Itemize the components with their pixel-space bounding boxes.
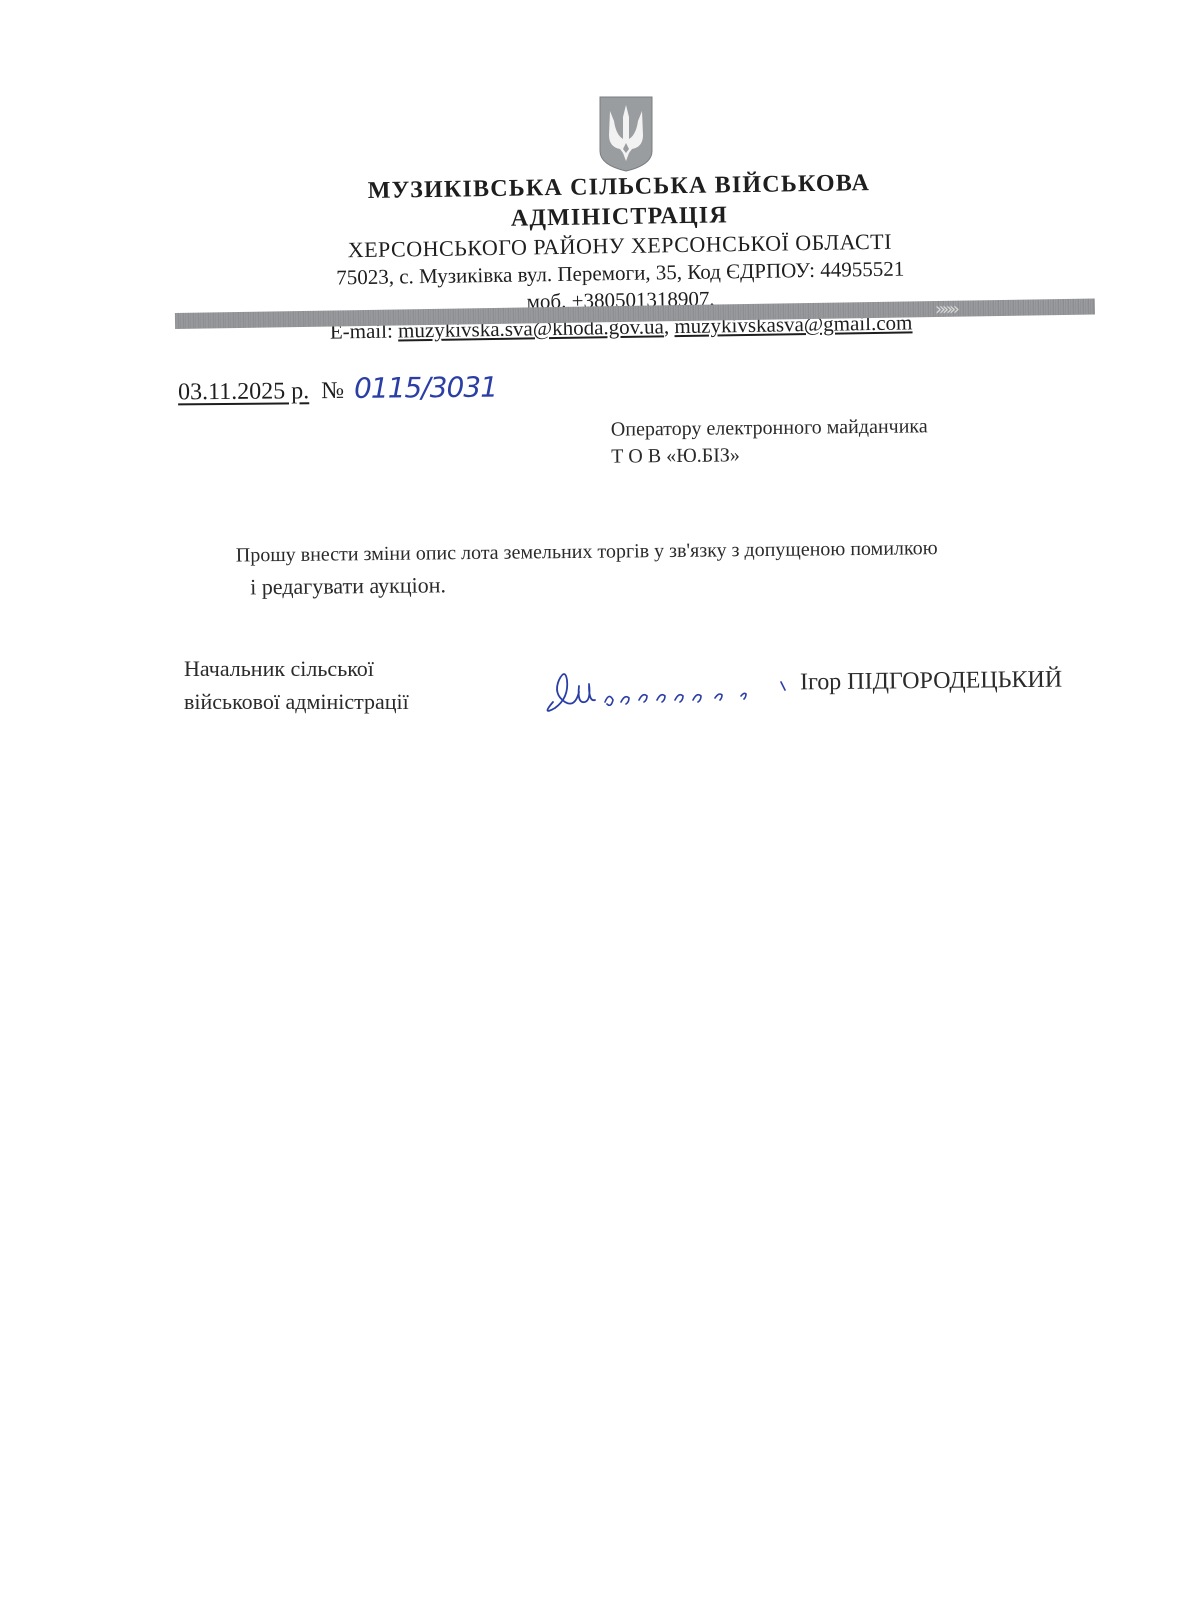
signer-title-line-1: Начальник сільської [184, 652, 409, 685]
letter-body: Прошу внести зміни опис лота земельних т… [236, 530, 1097, 603]
addressee-line-2: Т О В «Ю.БІЗ» [611, 440, 928, 470]
signer-title-line-2: військової адміністрації [184, 685, 409, 718]
addressee-block: Оператору електронного майданчика Т О В … [611, 413, 928, 470]
signer-title: Начальник сільської військової адміністр… [184, 652, 409, 718]
signer-name: Ігор ПІДГОРОДЕЦЬКИЙ [800, 667, 1062, 697]
reference-line: 03.11.2025 р. № 0115/3031 [178, 371, 497, 407]
addressee-line-1: Оператору електронного майданчика [611, 413, 928, 443]
handwritten-signature-icon [545, 664, 805, 724]
chevrons-icon: »»» [935, 299, 956, 320]
trident-emblem-icon [598, 95, 654, 173]
document-number-handwritten: 0115/3031 [354, 371, 497, 405]
number-sign: № [321, 378, 344, 404]
letter-page: МУЗИКІВСЬКА СІЛЬСЬКА ВІЙСЬКОВА АДМІНІСТР… [0, 0, 1200, 1600]
organization-name: МУЗИКІВСЬКА СІЛЬСЬКА ВІЙСЬКОВА АДМІНІСТР… [269, 167, 970, 238]
document-date: 03.11.2025 р. [178, 378, 309, 405]
